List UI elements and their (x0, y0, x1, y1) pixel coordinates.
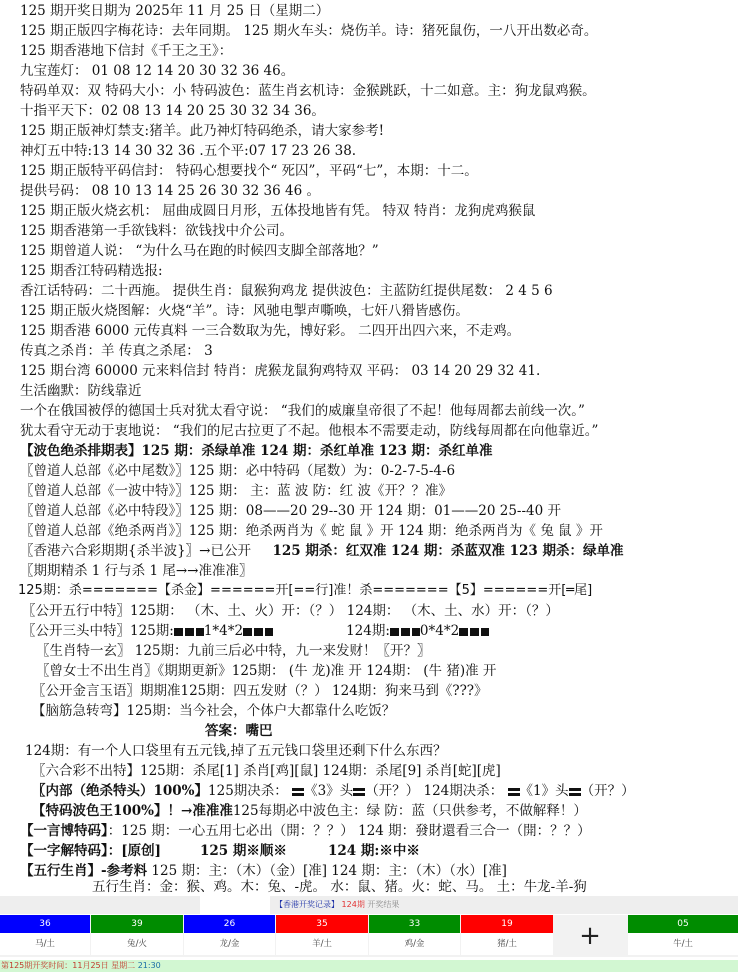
ball-zodiac: 鸡/金 (369, 933, 460, 955)
ball-number: 19 (461, 915, 553, 933)
bar-decoration (459, 628, 489, 636)
ball-zodiac: 龙/金 (184, 933, 275, 955)
fax-kill-line: 传真之杀肖：羊 传真之杀尾： 3 (20, 341, 213, 361)
brain-teaser-line: 【脑筋急转弯】125期：当今社会，个体户大都靠什么吃饭？ (32, 701, 395, 721)
kill-head-line: 〖内部（绝杀特头）100%】125期决杀： 《3》头（开？） 124期决杀： 《… (32, 781, 635, 801)
half-wave-line: 〖香港六合彩期期{杀半波}〗→已公开 125 期杀：红双准 124 期：杀蓝双准… (20, 541, 624, 561)
kill-head-124: 《1》头 (520, 783, 569, 799)
kill-head-125-label: 125期决杀： (208, 783, 288, 799)
plus-icon: + (555, 915, 625, 957)
bar-decoration (243, 628, 273, 636)
ball-number: 26 (184, 915, 275, 933)
ms-zeng-line: 〖曾女士不出生肖〗《期期更新》125期： (牛 龙)准 开 124期： (牛 猪… (36, 661, 496, 681)
one-char-125: 125 期※顺※ (200, 841, 287, 861)
first-hand-line: 125 期香港第一手欲钱料：欲钱找中介公司。 (20, 221, 293, 241)
bar-decoration (174, 628, 204, 636)
ball-number: 39 (91, 915, 183, 933)
one-word-bet-label: 【一言博特码】 (20, 823, 108, 839)
humor-line-1: 一个在俄国被俘的德国士兵对犹太看守说： “我们的威廉皇帝很了不起！他每周都去前线… (20, 401, 585, 421)
three-heads-line: 〖公开三头中特〗125期:1*4*2 124期:0*4*2 (22, 621, 489, 641)
special-envelope-line: 125 期正版特平码信封： 特码心想要找个“ 死囚”，平码“七”，本期：十二。 (20, 161, 478, 181)
one-char-124: 124 期:※中※ (328, 841, 420, 861)
half-wave-label: 〖香港六合彩期期{杀半波}〗→已公开 (20, 543, 251, 559)
bar-decoration (508, 788, 520, 796)
ball-number: 33 (369, 915, 460, 933)
humor-line-2: 犹太看守无动于衷地说： “我们的尼古拉更了不起。他根本不需要走动，防线每周都在向… (20, 421, 598, 441)
half-wave-results: 125 期杀：红双准 124 期：杀蓝双准 123 期杀：绿单准 (272, 543, 623, 559)
one-word-bet-text: ：125 期：一心五用七必出（開：？？） 124 期：發財還看三合一（開：？？） (108, 823, 591, 839)
bar-decoration (569, 788, 581, 796)
next-draw-label: 第125期开奖时间：11月25日 星期二 (1, 961, 138, 970)
ball-number: 36 (0, 915, 90, 933)
ball-6: 19 猪/土 (461, 915, 553, 957)
kill-gold-line: 125期：杀=======【杀金】======开[==行]准！杀=======【… (18, 581, 592, 601)
envelope-title: 125 期香港地下信封《千王之王》： (20, 41, 232, 61)
ball-number: 35 (276, 915, 368, 933)
one-word-bet-line: 【一言博特码】：125 期：一心五用七必出（開：？？） 124 期：發財還看三合… (20, 821, 591, 841)
special-ball: 05 牛/土 (628, 915, 738, 957)
golden-words-line: 〖公开金言玉语〗期期准125期：四五发财（？） 124期：狗来马到《???》 (32, 681, 488, 701)
one-char-line: 【一字解特码】：[原创] 125 期※顺※ 124 期:※中※ (20, 841, 161, 861)
kill-head-125: 《3》头 (304, 783, 353, 799)
xiangjiang-line: 香江话特码：二十西施。 提供生肖：鼠猴狗鸡龙 提供波色：主蓝防红提供尾数： 2 … (20, 281, 553, 301)
odd-even-line: 特码单双：双 特码大小：小 特码波色：蓝生肖玄机诗：金猴跳跃，十二如意。主：狗龙… (20, 81, 596, 101)
ball-3: 26 龙/金 (184, 915, 275, 957)
taiwan-envelope-line: 125 期台湾 60000 元来料信封 特肖：虎猴龙鼠狗鸡特双 平码： 03 1… (20, 361, 540, 381)
ball-zodiac: 牛/土 (628, 933, 738, 955)
results-header: 【香港开奖记录】 124期 开奖结果 (0, 896, 738, 914)
ten-fingers-numbers: 十指平天下：02 08 13 14 20 25 30 32 34 36。 (20, 101, 325, 121)
lamp-ban-line: 125 期正版神灯禁支:猪羊。此乃神灯特码绝杀，请大家参考! (20, 121, 384, 141)
zeng-riddle-line: 125 期曾道人说： “为什么马在跑的时候四支脚全部落地？” (20, 241, 379, 261)
kill-head-124-label: （开？） 124期决杀： (365, 783, 503, 799)
three-heads-124-label: 124期: (346, 623, 390, 639)
wave-king-text: 125每期必中波色主：绿 防：蓝（只供参考，不做解释！） (233, 803, 587, 819)
ball-5: 33 鸡/金 (369, 915, 460, 957)
five-elements-line: 〖公开五行中特〗125期： （木、土、火）开：（？） 124期： （木、土、水）… (22, 601, 559, 621)
hk-records-link[interactable]: 【香港开奖记录】 (275, 900, 339, 909)
ball-4: 35 羊/土 (276, 915, 368, 957)
ball-number: 05 (628, 915, 738, 933)
three-heads-125: 1*4*2 (204, 623, 243, 639)
zeng-tail-line: 〖曾道人总部《必中尾数》〗125 期：必中特码（尾数）为：0-2-7-5-4-6 (20, 461, 455, 481)
bar-decoration (390, 628, 420, 636)
wave-king-label: 【特码波色王100%】！→准准准 (32, 803, 233, 819)
provided-numbers: 提供号码： 08 10 13 14 25 26 30 32 36 46 。 (20, 181, 320, 201)
three-heads-label: 〖公开三头中特〗125期: (22, 623, 174, 639)
humor-title: 生活幽默：防线靠近 (20, 381, 142, 401)
ball-zodiac: 兔/火 (91, 933, 183, 955)
no-special-line: 〖六合彩不出特】125期：杀尾[1] 杀肖[鸡][鼠] 124期：杀尾[9] 杀… (32, 761, 501, 781)
next-draw-time: 第125期开奖时间：11月25日 星期二 21:30 (0, 960, 738, 972)
fire-diagram-line: 125 期正版火烧图解：火烧“羊”。诗：风驰电掣声嘶唤，七奸八猾皆感伤。 (20, 301, 469, 321)
zeng-wave-line: 〖曾道人总部《一波中特》〗125 期： 主：蓝 波 防：红 波《开？？准》 (20, 481, 452, 501)
fire-mystery-line: 125 期正版火烧玄机： 屈曲成圆日月形，五体投地皆有凭。 特双 特肖：龙狗虎鸡… (20, 201, 535, 221)
next-draw-clock: 21:30 (138, 961, 161, 970)
brain-teaser-124: 124期：有一个人口袋里有五元钱,掉了五元钱口袋里还剩下什么东西？ (25, 741, 447, 761)
three-heads-124: 0*4*2 (420, 623, 459, 639)
five-zodiac-detail: 五行生肖：金：猴、鸡。木：兔、-虎。 水：鼠、猪。火：蛇、马。 土：牛龙-羊-狗 (92, 877, 587, 897)
kill-one-title: 〖期期精杀 1 行与杀 1 尾→→准准准〗 (20, 561, 252, 581)
ball-2: 39 兔/火 (91, 915, 183, 957)
kill-head-label: 〖内部（绝杀特头）100%】 (32, 783, 208, 799)
ball-zodiac: 猪/土 (461, 933, 553, 955)
ball-zodiac: 马/土 (0, 933, 90, 955)
header-blank (200, 896, 270, 914)
xiangjiang-title: 125 期香江特码精选报: (20, 261, 163, 281)
one-char-label: 【一字解特码】：[原创] (20, 843, 161, 859)
zeng-kill-two-line: 〖曾道人总部《绝杀两肖》〗125 期：绝杀两肖为《 蛇 鼠 》开 124 期：绝… (20, 521, 603, 541)
wave-king-line: 【特码波色王100%】！→准准准125每期必中波色主：绿 防：蓝（只供参考，不做… (32, 801, 587, 821)
zodiac-special-line: 〖生肖特一玄〗 125期：九前三后必中特，九一来发财！〖开？〗 (36, 641, 431, 661)
result-balls: 36 马/土 39 兔/火 26 龙/金 35 羊/土 33 鸡/金 19 猪/… (0, 915, 738, 957)
kill-head-open: （开？） (581, 783, 635, 799)
brain-teaser-answer: 答案：嘴巴 (205, 721, 273, 741)
draw-date-line: 125 期开奖日期为 2025年 11 月 25 日（星期二） (20, 1, 329, 21)
zeng-segment-line: 〖曾道人总部《必中特段》〗125 期：08——20 29--30 开 124 期… (20, 501, 561, 521)
plum-poem-line: 125 期正版四字梅花诗：去年同期。 125 期火车头：烧伤羊。诗：猪死鼠伤，一… (20, 21, 597, 41)
nine-lamp-numbers: 九宝莲灯： 01 08 12 14 20 30 32 36 46。 (20, 61, 294, 81)
bar-decoration (292, 788, 304, 796)
wave-kill-table: 【波色绝杀排期表】125 期：杀绿单准 124 期：杀红单准 123 期：杀红单… (20, 441, 493, 461)
fax-6000-line: 125 期香港 6000 元传真料 一三合数取为先，博好彩。 二四开出四六来，不… (20, 321, 520, 341)
draw-results-panel: 【香港开奖记录】 124期 开奖结果 36 马/土 39 兔/火 26 龙/金 … (0, 896, 738, 976)
header-subtitle: 开奖结果 (367, 900, 399, 909)
lamp-five-line: 神灯五中特:13 14 30 32 36 .五个平:07 17 23 26 38… (20, 141, 356, 161)
ball-1: 36 马/土 (0, 915, 90, 957)
header-period: 124期 (342, 900, 365, 909)
ball-zodiac: 羊/土 (276, 933, 368, 955)
bar-decoration (353, 788, 365, 796)
